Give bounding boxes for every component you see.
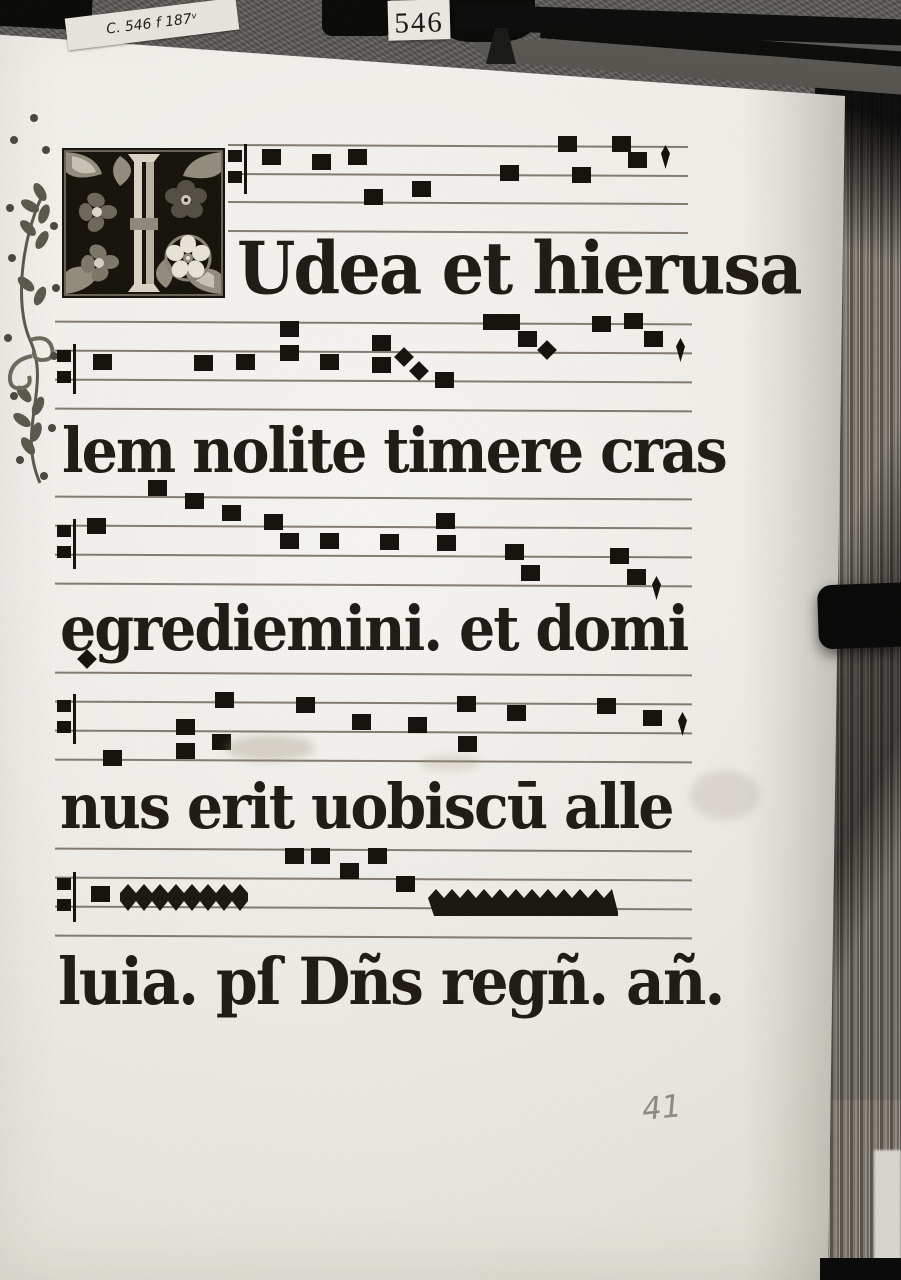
clef-bar — [73, 344, 76, 394]
clef-bar — [244, 144, 247, 194]
square-neume — [458, 736, 477, 752]
square-neume — [437, 535, 456, 551]
staff-4-line-4 — [55, 759, 692, 764]
shelf-number-text: 546 — [394, 8, 444, 40]
square-neume — [372, 335, 391, 351]
square-neume — [320, 354, 339, 370]
square-neume — [380, 534, 399, 550]
photo-scene: 546 C. 546 f 187ᵛ — [0, 0, 901, 1280]
melisma-run — [428, 888, 618, 916]
square-neume — [643, 710, 662, 726]
square-neume — [412, 181, 431, 197]
staff-3-line-4 — [55, 583, 692, 588]
clef-square — [57, 899, 71, 911]
square-neume — [312, 154, 331, 170]
custos-mark — [676, 338, 685, 362]
square-neume — [610, 548, 629, 564]
chant-text-line-1: Udea et hierusa — [237, 232, 800, 304]
marginal-vine-decoration — [0, 88, 62, 488]
square-neume — [311, 848, 330, 864]
parchment-stain — [420, 755, 480, 771]
square-neume — [368, 848, 387, 864]
clef-square — [57, 350, 71, 362]
square-neume — [505, 544, 524, 560]
chant-text-line-5: luia. pſ Dñs regñ. añ. — [58, 950, 723, 1015]
square-neume — [483, 314, 502, 330]
square-neume — [352, 714, 371, 730]
staff-4-line-1 — [55, 672, 692, 677]
chant-text-line-4: nus erit uobiscū alle — [60, 776, 673, 838]
staff-1-line-3 — [228, 201, 688, 205]
square-neume — [320, 533, 339, 549]
square-neume — [408, 717, 427, 733]
square-neume — [280, 321, 299, 337]
square-neume — [340, 863, 359, 879]
square-neume — [521, 565, 540, 581]
square-neume — [644, 331, 663, 347]
square-neume — [194, 355, 213, 371]
folio-reference-text: C. 546 f 187ᵛ — [105, 10, 198, 37]
diamond-neume — [537, 340, 557, 360]
square-neume — [627, 569, 646, 585]
square-neume — [518, 331, 537, 347]
clef-square — [57, 525, 71, 537]
staff-5-line-2 — [55, 877, 692, 882]
square-neume — [507, 705, 526, 721]
staff-3-line-2 — [55, 525, 692, 530]
shelf-number-label: 546 — [387, 0, 450, 41]
square-neume — [91, 886, 110, 902]
clef-square — [57, 878, 71, 890]
staff-1-line-2 — [228, 172, 688, 176]
square-neume — [176, 719, 195, 735]
staff-2-line-3 — [55, 379, 692, 384]
square-neume — [624, 313, 643, 329]
parchment-stain — [225, 735, 315, 761]
chant-text-line-3: egrediemini. et domi — [60, 598, 687, 660]
clef-square — [57, 546, 71, 558]
page-content: Udea et hierusa lem nolite timere cras e… — [0, 0, 901, 1280]
staff-2-line-4 — [55, 408, 692, 413]
square-neume — [372, 357, 391, 373]
clef-square — [57, 700, 71, 712]
square-neume — [236, 354, 255, 370]
staff-4-line-3 — [55, 730, 692, 735]
square-neume — [592, 316, 611, 332]
square-neume — [262, 149, 281, 165]
square-neume — [215, 692, 234, 708]
clef-square — [228, 171, 242, 183]
clef-bar — [73, 694, 76, 744]
pencil-page-number: 41 — [640, 1088, 683, 1128]
square-neume — [285, 848, 304, 864]
square-neume — [176, 743, 195, 759]
square-neume — [280, 345, 299, 361]
square-neume — [280, 533, 299, 549]
square-neume — [597, 698, 616, 714]
square-neume — [296, 697, 315, 713]
diamond-neume — [409, 361, 429, 381]
square-neume — [501, 314, 520, 330]
square-neume — [628, 152, 647, 168]
staff-3-line-3 — [55, 554, 692, 559]
diamond-neume — [394, 347, 414, 367]
square-neume — [348, 149, 367, 165]
clef-square — [57, 721, 71, 733]
square-neume — [87, 518, 106, 534]
staff-5-line-4 — [55, 935, 692, 940]
square-neume — [457, 696, 476, 712]
clef-bar — [73, 872, 76, 922]
square-neume — [435, 372, 454, 388]
clef-bar — [73, 519, 76, 569]
square-neume — [364, 189, 383, 205]
parchment-stain — [690, 770, 760, 820]
illuminated-initial — [62, 148, 225, 298]
square-neume — [612, 136, 631, 152]
square-neume — [222, 505, 241, 521]
square-neume — [264, 514, 283, 530]
square-neume — [500, 165, 519, 181]
square-neume — [396, 876, 415, 892]
square-neume — [558, 136, 577, 152]
clef-square — [57, 371, 71, 383]
staff-3-line-1 — [55, 496, 692, 501]
square-neume — [93, 354, 112, 370]
square-neume — [185, 493, 204, 509]
clef-square — [228, 150, 242, 162]
chant-text-line-2: lem nolite timere cras — [62, 420, 726, 482]
custos-mark — [661, 145, 670, 169]
square-neume — [103, 750, 122, 766]
square-neume — [436, 513, 455, 529]
square-neume — [572, 167, 591, 183]
